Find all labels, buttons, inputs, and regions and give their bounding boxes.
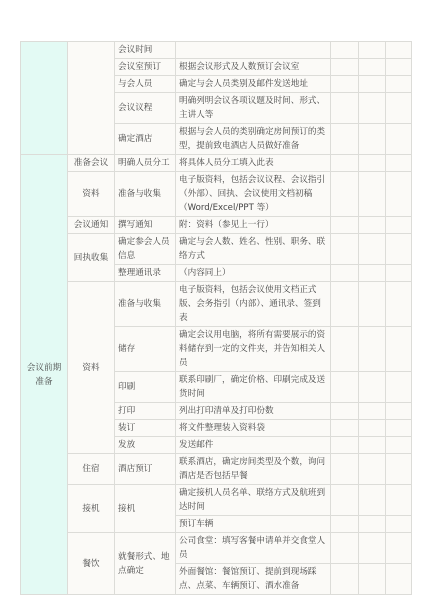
detail-cell [176,42,331,59]
blank-cell[interactable] [359,454,386,485]
blank-cell[interactable] [331,420,359,437]
item-cell: 就餐形式、地点确定 [115,533,176,595]
blank-cell[interactable] [359,516,386,533]
blank-cell[interactable] [386,42,412,59]
blank-cell[interactable] [359,372,386,403]
item-cell: 会议室预订 [115,59,176,76]
blank-cell[interactable] [386,485,412,516]
category-cell: 接机 [68,485,115,533]
detail-cell: 将文件整理装入资料袋 [176,420,331,437]
blank-cell[interactable] [331,124,359,155]
blank-cell[interactable] [331,327,359,372]
blank-cell[interactable] [386,172,412,217]
blank-cell[interactable] [331,234,359,265]
blank-cell[interactable] [331,42,359,59]
item-cell: 装订 [115,420,176,437]
detail-cell: 附：资料（参见上一行） [176,217,331,234]
category-cell: 住宿 [68,454,115,485]
blank-cell[interactable] [331,516,359,533]
blank-cell[interactable] [386,234,412,265]
category-cell: 餐饮 [68,533,115,595]
blank-cell[interactable] [331,485,359,516]
category-cell: 准备会议 [68,155,115,172]
detail-cell: 发送邮件 [176,437,331,454]
blank-cell[interactable] [331,172,359,217]
blank-cell[interactable] [331,76,359,93]
blank-cell[interactable] [386,265,412,282]
item-cell: 会议时间 [115,42,176,59]
detail-cell: （内容同上） [176,265,331,282]
detail-cell: 公司食堂：填写客餐申请单并交食堂人员 [176,533,331,564]
detail-cell: 电子版资料，包括会议使用文档正式版、会务指引（内部）、通讯录、签到表 [176,282,331,327]
category-cell-blank [68,42,115,155]
blank-cell[interactable] [331,403,359,420]
category-cell: 回执收集 [68,234,115,282]
blank-cell[interactable] [386,454,412,485]
item-cell: 确定参会人员信息 [115,234,176,265]
blank-cell[interactable] [359,155,386,172]
item-cell: 准备与收集 [115,282,176,327]
phase-cell-top [21,42,68,155]
blank-cell[interactable] [359,533,386,564]
detail-cell: 确定接机人员名单、联络方式及航班到达时间 [176,485,331,516]
blank-cell[interactable] [359,93,386,124]
blank-cell[interactable] [331,454,359,485]
blank-cell[interactable] [359,59,386,76]
item-cell: 会议议程 [115,93,176,124]
item-cell: 印刷 [115,372,176,403]
blank-cell[interactable] [331,155,359,172]
detail-cell: 根据会议形式及人数预订会议室 [176,59,331,76]
blank-cell[interactable] [386,76,412,93]
meeting-prep-table: 会议时间 会议室预订 根据会议形式及人数预订会议室 与会人员 确定与会人员类别及… [20,41,412,595]
blank-cell[interactable] [359,217,386,234]
detail-cell: 外面餐馆：餐馆预订、提前到现场踩点、点菜、车辆预订、酒水准备 [176,564,331,595]
item-cell: 储存 [115,327,176,372]
blank-cell[interactable] [386,437,412,454]
blank-cell[interactable] [386,155,412,172]
item-cell: 接机 [115,485,176,533]
blank-cell[interactable] [359,282,386,327]
blank-cell[interactable] [331,217,359,234]
item-cell: 发放 [115,437,176,454]
blank-cell[interactable] [386,282,412,327]
item-cell: 确定酒店 [115,124,176,155]
blank-cell[interactable] [386,93,412,124]
detail-cell: 联系酒店，确定房间类型及个数，询问酒店是否包括早餐 [176,454,331,485]
detail-cell: 确定与会人数、姓名、性别、职务、联络方式 [176,234,331,265]
blank-cell[interactable] [359,485,386,516]
blank-cell[interactable] [386,564,412,595]
blank-cell[interactable] [386,327,412,372]
blank-cell[interactable] [359,327,386,372]
item-cell: 打印 [115,403,176,420]
blank-cell[interactable] [359,437,386,454]
category-cell: 会议通知 [68,217,115,234]
blank-cell[interactable] [331,265,359,282]
blank-cell[interactable] [359,172,386,217]
blank-cell[interactable] [359,124,386,155]
detail-cell: 确定与会人员类别及邮件发送地址 [176,76,331,93]
item-cell: 明确人员分工 [115,155,176,172]
blank-cell[interactable] [331,93,359,124]
detail-cell: 根据与会人员的类别确定房间预订的类型，提前致电酒店人员做好准备 [176,124,331,155]
blank-cell[interactable] [386,533,412,564]
detail-cell: 列出打印清单及打印份数 [176,403,331,420]
blank-cell[interactable] [359,265,386,282]
category-cell: 资料 [68,172,115,217]
item-cell: 酒店预订 [115,454,176,485]
detail-cell: 将具体人员分工填入此表 [176,155,331,172]
category-cell: 资料 [68,282,115,454]
blank-cell[interactable] [386,59,412,76]
blank-cell[interactable] [331,372,359,403]
blank-cell[interactable] [386,403,412,420]
blank-cell[interactable] [331,533,359,564]
blank-cell[interactable] [359,76,386,93]
blank-cell[interactable] [359,403,386,420]
blank-cell[interactable] [359,420,386,437]
item-cell: 与会人员 [115,76,176,93]
detail-cell: 预订车辆 [176,516,331,533]
blank-cell[interactable] [386,372,412,403]
blank-cell[interactable] [331,437,359,454]
blank-cell[interactable] [359,564,386,595]
item-cell: 整理通讯录 [115,265,176,282]
blank-cell[interactable] [386,420,412,437]
detail-cell: 明确列明会议各项议题及时间、形式、主讲人等 [176,93,331,124]
blank-cell[interactable] [386,217,412,234]
blank-cell[interactable] [331,59,359,76]
blank-cell[interactable] [331,564,359,595]
item-cell: 撰写通知 [115,217,176,234]
detail-cell: 确定会议用电脑，将所有需要展示的资料储存到一定的文件夹，并告知相关人员 [176,327,331,372]
blank-cell[interactable] [386,124,412,155]
blank-cell[interactable] [331,282,359,327]
detail-cell: 联系印刷厂，确定价格、印刷完成及送货时间 [176,372,331,403]
item-cell: 准备与收集 [115,172,176,217]
phase-label-cell: 会议前期准备 [21,155,68,595]
blank-cell[interactable] [386,516,412,533]
detail-cell: 电子版资料，包括会议议程、会议指引（外部）、回执、会议使用文档初稿（Word/E… [176,172,331,217]
blank-cell[interactable] [359,42,386,59]
blank-cell[interactable] [359,234,386,265]
